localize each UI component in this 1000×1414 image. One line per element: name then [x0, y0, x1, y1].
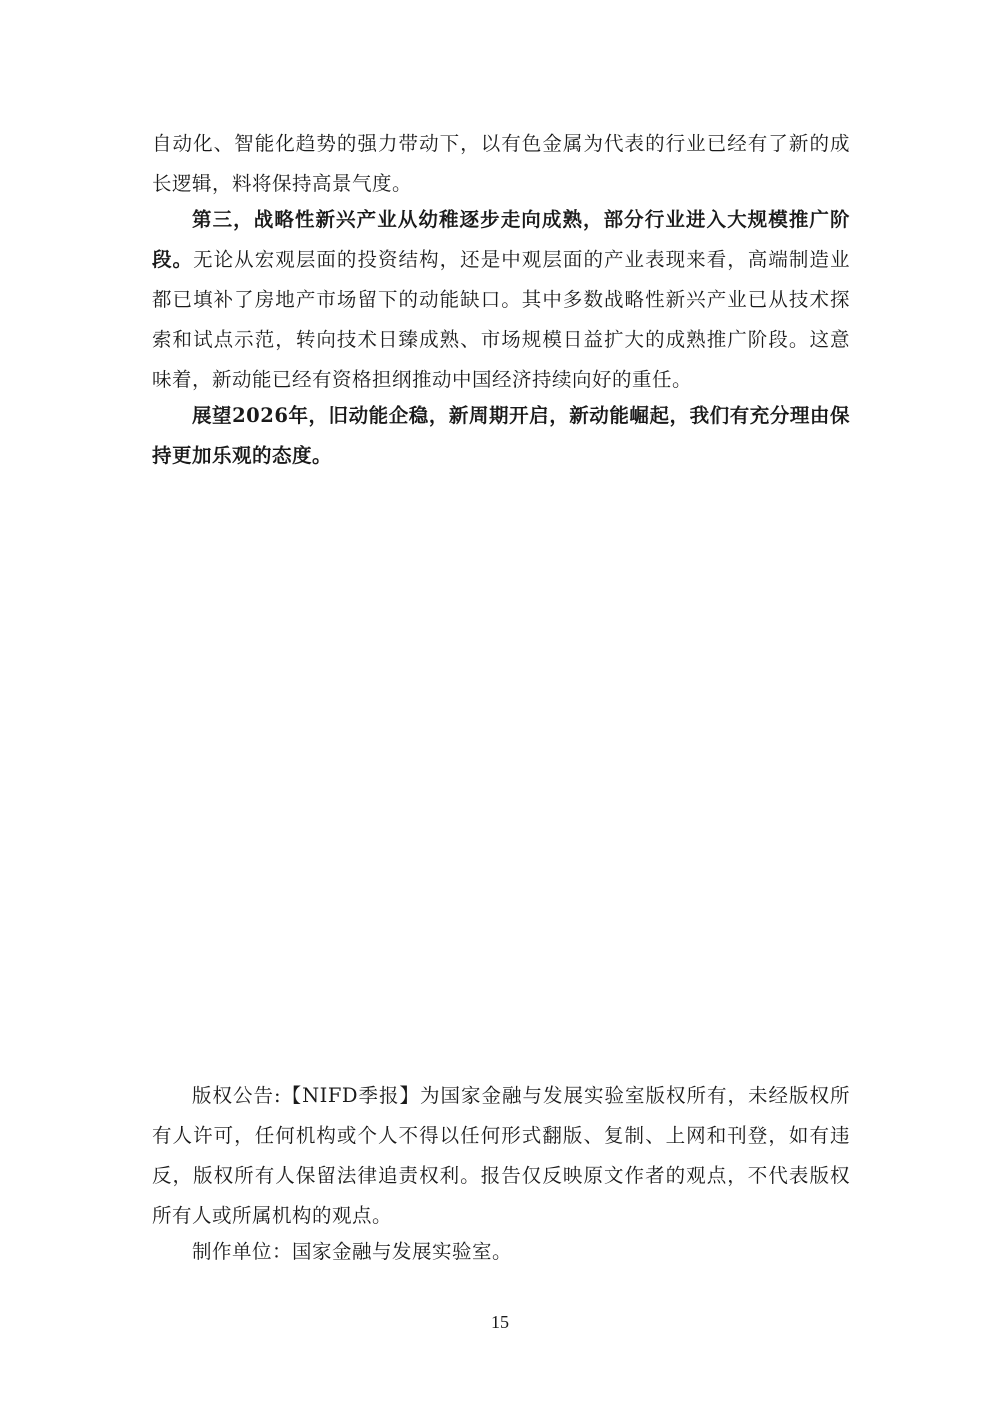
paragraph-text: 无论从宏观层面的投资结构，还是中观层面的产业表现来看，高端制造业都已填补了房地产… — [152, 248, 850, 391]
paragraph-outlook-2026: 展望2026年，旧动能企稳，新周期开启，新动能崛起，我们有充分理由保持更加乐观的… — [152, 396, 850, 476]
producer-notice: 制作单位：国家金融与发展实验室。 — [152, 1232, 850, 1272]
copyright-text: 版权公告:【NIFD季报】为国家金融与发展实验室版权所有，未经版权所有人许可，任… — [152, 1084, 850, 1227]
page-number: 15 — [0, 1312, 1000, 1333]
paragraph-bold-lead: 展望2026年，旧动能企稳，新周期开启，新动能崛起，我们有充分理由保持更加乐观的… — [152, 404, 850, 467]
paragraph-continuation: 自动化、智能化趋势的强力带动下，以有色金属为代表的行业已经有了新的成长逻辑，料将… — [152, 124, 850, 204]
producer-text: 制作单位：国家金融与发展实验室。 — [192, 1240, 512, 1263]
paragraph-strategic-industries: 第三，战略性新兴产业从幼稚逐步走向成熟，部分行业进入大规模推广阶段。无论从宏观层… — [152, 200, 850, 400]
paragraph-text: 自动化、智能化趋势的强力带动下，以有色金属为代表的行业已经有了新的成长逻辑，料将… — [152, 132, 850, 195]
document-page: 自动化、智能化趋势的强力带动下，以有色金属为代表的行业已经有了新的成长逻辑，料将… — [0, 0, 1000, 1414]
copyright-notice: 版权公告:【NIFD季报】为国家金融与发展实验室版权所有，未经版权所有人许可，任… — [152, 1076, 850, 1236]
